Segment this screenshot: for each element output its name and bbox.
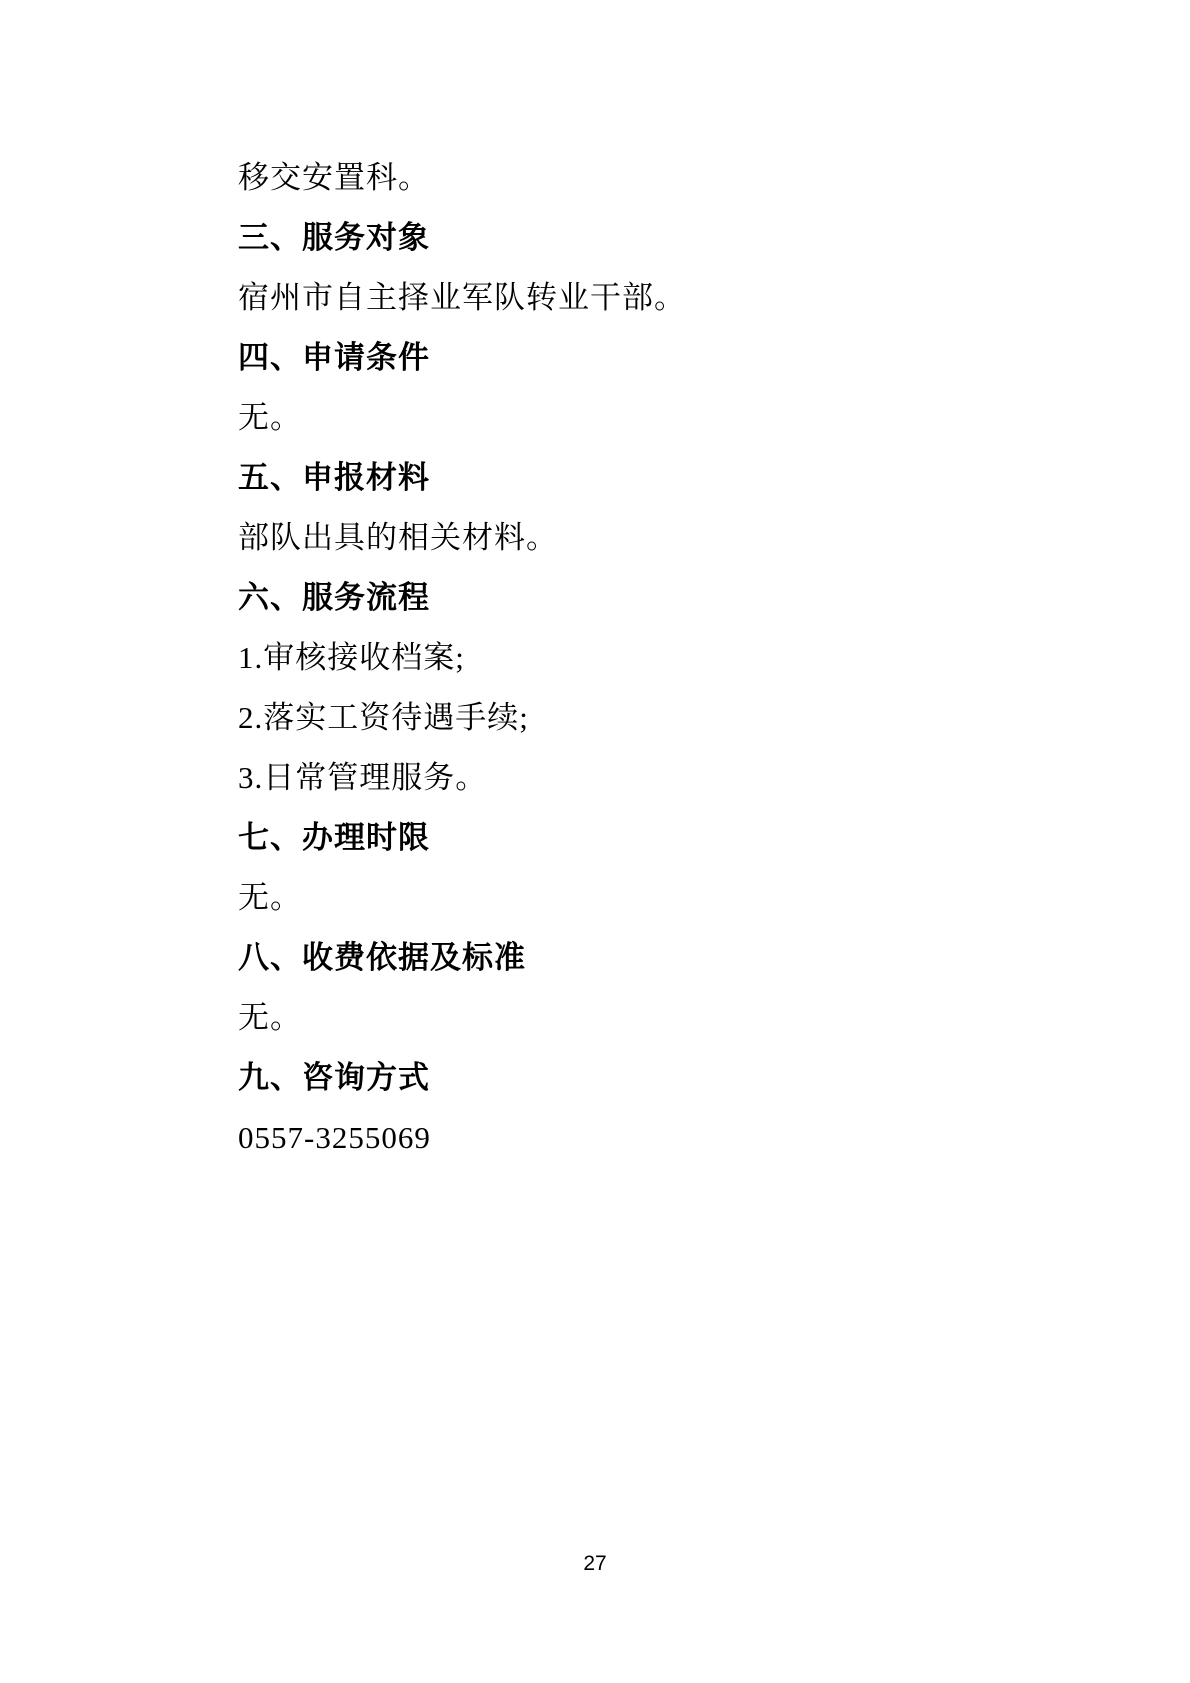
body-application-materials: 部队出具的相关材料。 — [238, 508, 1070, 568]
heading-service-target: 三、服务对象 — [238, 208, 1070, 268]
page-number: 27 — [0, 1552, 1190, 1576]
heading-application-materials: 五、申报材料 — [238, 448, 1070, 508]
body-process-step-3: 3.日常管理服务。 — [238, 748, 1070, 808]
body-application-conditions: 无。 — [238, 388, 1070, 448]
heading-contact-method: 九、咨询方式 — [238, 1048, 1070, 1108]
heading-service-process: 六、服务流程 — [238, 568, 1070, 628]
document-body: 移交安置科。 三、服务对象 宿州市自主择业军队转业干部。 四、申请条件 无。 五… — [238, 148, 1070, 1168]
heading-processing-time-limit: 七、办理时限 — [238, 808, 1070, 868]
body-process-step-1: 1.审核接收档案; — [238, 628, 1070, 688]
body-process-step-2: 2.落实工资待遇手续; — [238, 688, 1070, 748]
document-page: 移交安置科。 三、服务对象 宿州市自主择业军队转业干部。 四、申请条件 无。 五… — [0, 0, 1190, 1683]
body-text-transfer-dept: 移交安置科。 — [238, 148, 1070, 208]
heading-fee-basis-and-standard: 八、收费依据及标准 — [238, 928, 1070, 988]
body-processing-time-limit: 无。 — [238, 868, 1070, 928]
heading-application-conditions: 四、申请条件 — [238, 328, 1070, 388]
body-service-target: 宿州市自主择业军队转业干部。 — [238, 268, 1070, 328]
body-fee-basis-and-standard: 无。 — [238, 988, 1070, 1048]
body-contact-phone: 0557-3255069 — [238, 1108, 1070, 1168]
